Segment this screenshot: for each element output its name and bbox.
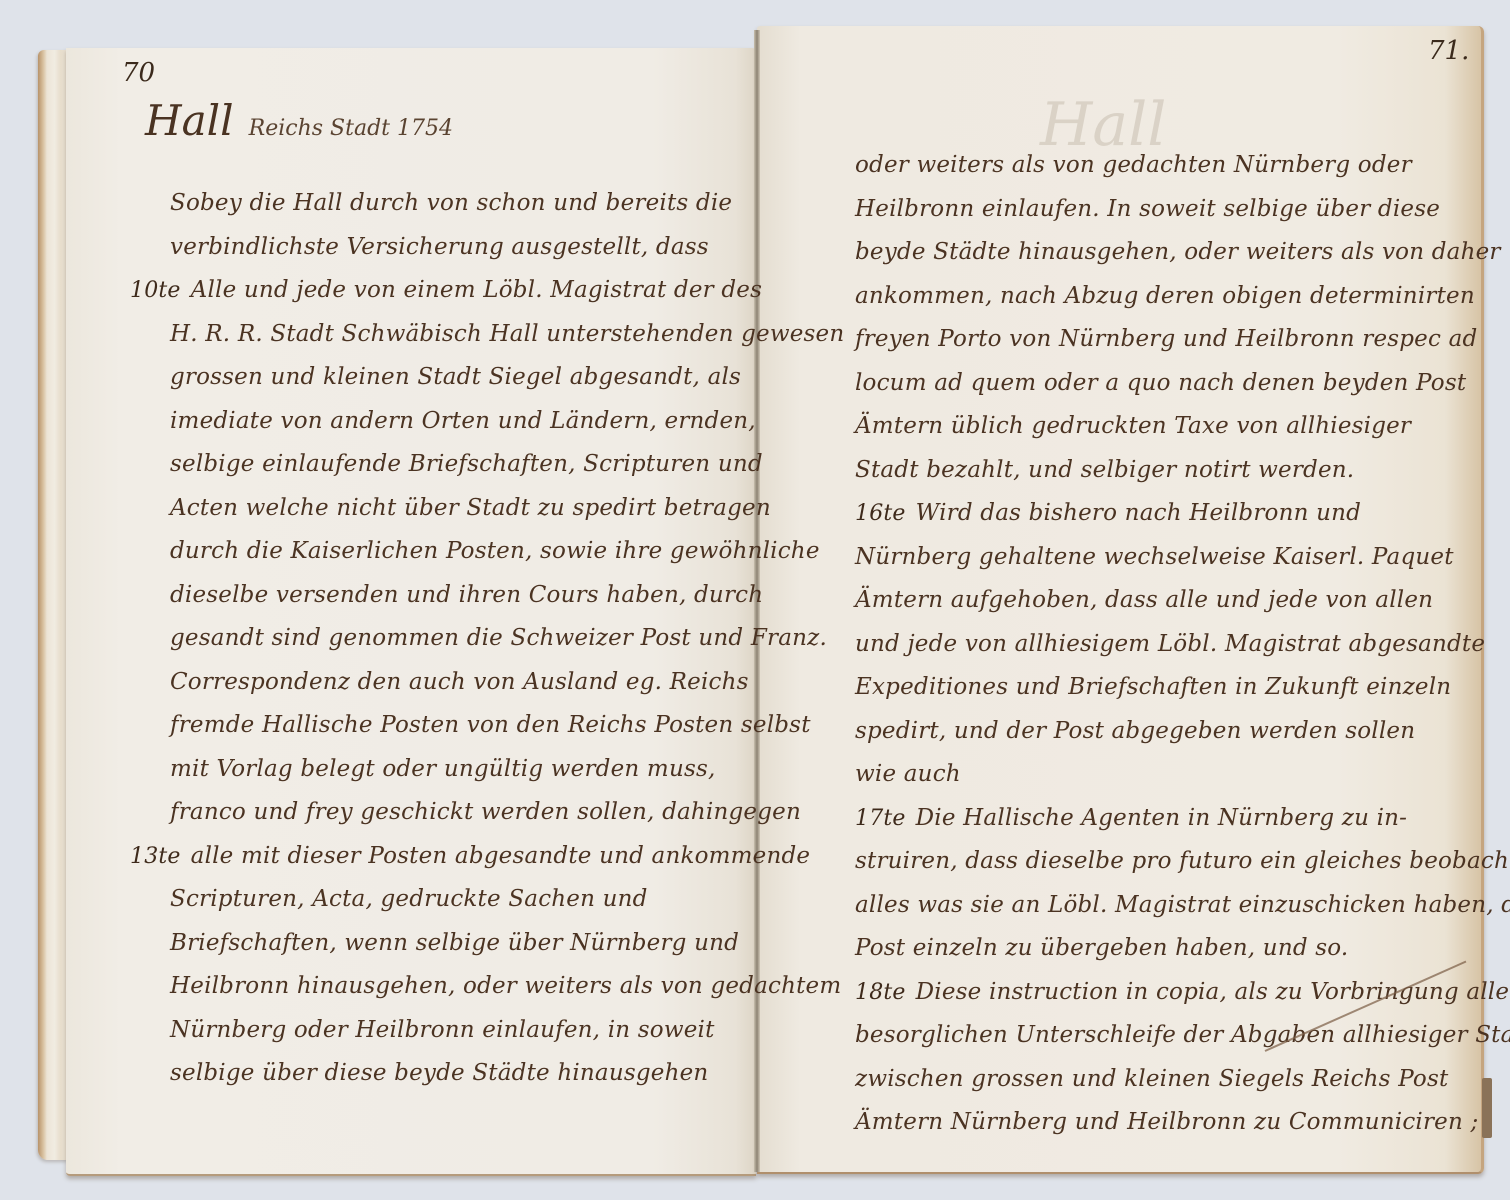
manuscript-line: mit Vorlag belegt oder ungültig werden m… — [170, 756, 715, 782]
manuscript-line: 17teDie Hallische Agenten in Nürnberg zu… — [855, 805, 1407, 831]
line-text: Post einzeln zu übergeben haben, und so. — [855, 935, 1348, 961]
line-text: und jede von allhiesigem Löbl. Magistrat… — [855, 631, 1485, 657]
line-text: Ämtern Nürnberg und Heilbronn zu Communi… — [855, 1109, 1478, 1135]
manuscript-line: alles was sie an Löbl. Magistrat einzusc… — [855, 892, 1510, 918]
line-text: Nürnberg oder Heilbronn einlaufen, in so… — [170, 1017, 715, 1043]
line-text: Ämtern aufgehoben, dass alle und jede vo… — [855, 587, 1433, 613]
manuscript-line: Nürnberg oder Heilbronn einlaufen, in so… — [170, 1017, 715, 1043]
line-text: alle mit dieser Posten abgesandte und an… — [191, 843, 811, 869]
line-text: Ämtern üblich gedruckten Taxe von allhie… — [855, 413, 1411, 439]
line-text: struiren, dass dieselbe pro futuro ein g… — [855, 848, 1510, 874]
manuscript-line: durch die Kaiserlichen Posten, sowie ihr… — [170, 538, 820, 564]
line-text: dieselbe versenden und ihren Cours haben… — [170, 582, 763, 608]
manuscript-line: beyde Städte hinausgehen, oder weiters a… — [855, 239, 1501, 265]
line-text: locum ad quem oder a quo nach denen beyd… — [855, 370, 1466, 396]
line-text: zwischen grossen und kleinen Siegels Rei… — [855, 1066, 1448, 1092]
manuscript-line: 16teWird das bishero nach Heilbronn und — [855, 500, 1361, 526]
line-text: wie auch — [855, 761, 961, 787]
manuscript-line: selbige über diese beyde Städte hinausge… — [170, 1060, 708, 1086]
manuscript-line: zwischen grossen und kleinen Siegels Rei… — [855, 1066, 1448, 1092]
manuscript-line: Heilbronn hinausgehen, oder weiters als … — [170, 973, 841, 999]
manuscript-line: selbige einlaufende Briefschaften, Scrip… — [170, 451, 763, 477]
line-text: beyde Städte hinausgehen, oder weiters a… — [855, 239, 1501, 265]
paragraph-number: 13te — [130, 844, 181, 869]
manuscript-line: und jede von allhiesigem Löbl. Magistrat… — [855, 631, 1485, 657]
manuscript-line: Stadt bezahlt, und selbiger notirt werde… — [855, 457, 1354, 483]
manuscript-line: Post einzeln zu übergeben haben, und so. — [855, 935, 1348, 961]
line-text: Stadt bezahlt, und selbiger notirt werde… — [855, 457, 1354, 483]
line-text: Briefschaften, wenn selbige über Nürnber… — [170, 930, 739, 956]
manuscript-line: Heilbronn einlaufen. In soweit selbige ü… — [855, 196, 1440, 222]
line-text: freyen Porto von Nürnberg und Heilbronn … — [855, 326, 1477, 352]
manuscript-line: ankommen, nach Abzug deren obigen determ… — [855, 283, 1475, 309]
manuscript-line: verbindlichste Versicherung ausgestellt,… — [170, 234, 709, 260]
manuscript-line: 13tealle mit dieser Posten abgesandte un… — [130, 843, 810, 869]
left-page — [66, 48, 756, 1176]
line-text: spedirt, und der Post abgegeben werden s… — [855, 718, 1415, 744]
line-text: Sobey die Hall durch von schon und berei… — [170, 190, 732, 216]
manuscript-line: 18teDiese instruction in copia, als zu V… — [855, 979, 1510, 1005]
line-text: Expeditiones und Briefschaften in Zukunf… — [855, 674, 1451, 700]
line-text: Heilbronn hinausgehen, oder weiters als … — [170, 973, 841, 999]
bleed-through-text: Hall — [1040, 90, 1166, 160]
manuscript-line: grossen und kleinen Stadt Siegel abgesan… — [170, 364, 741, 390]
paragraph-number: 18te — [855, 980, 906, 1005]
line-text: verbindlichste Versicherung ausgestellt,… — [170, 234, 709, 260]
page-tab-marker — [1482, 1078, 1492, 1138]
manuscript-line: 10teAlle und jede von einem Löbl. Magist… — [130, 277, 762, 303]
manuscript-line: fremde Hallische Posten von den Reichs P… — [170, 712, 811, 738]
manuscript-line: Ämtern üblich gedruckten Taxe von allhie… — [855, 413, 1411, 439]
manuscript-line: imediate von andern Orten und Ländern, e… — [170, 408, 756, 434]
line-text: Acten welche nicht über Stadt zu spedirt… — [170, 495, 771, 521]
paragraph-number: 16te — [855, 501, 906, 526]
manuscript-line: Ämtern Nürnberg und Heilbronn zu Communi… — [855, 1109, 1478, 1135]
manuscript-line: Briefschaften, wenn selbige über Nürnber… — [170, 930, 739, 956]
page-number-right: 71. — [1428, 36, 1469, 66]
line-text: Scripturen, Acta, gedruckte Sachen und — [170, 886, 648, 912]
manuscript-line: freyen Porto von Nürnberg und Heilbronn … — [855, 326, 1477, 352]
line-text: Nürnberg gehaltene wechselweise Kaiserl.… — [855, 544, 1454, 570]
manuscript-line: spedirt, und der Post abgegeben werden s… — [855, 718, 1415, 744]
line-text: mit Vorlag belegt oder ungültig werden m… — [170, 756, 715, 782]
line-text: besorglichen Unterschleife der Abgaben a… — [855, 1022, 1510, 1048]
manuscript-line: Nürnberg gehaltene wechselweise Kaiserl.… — [855, 544, 1454, 570]
line-text: oder weiters als von gedachten Nürnberg … — [855, 152, 1412, 178]
manuscript-line: oder weiters als von gedachten Nürnberg … — [855, 152, 1412, 178]
line-text: Die Hallische Agenten in Nürnberg zu in- — [916, 805, 1407, 831]
manuscript-line: Ämtern aufgehoben, dass alle und jede vo… — [855, 587, 1433, 613]
line-text: selbige über diese beyde Städte hinausge… — [170, 1060, 708, 1086]
line-text: Wird das bishero nach Heilbronn und — [916, 500, 1361, 526]
line-text: franco und frey geschickt werden sollen,… — [170, 799, 801, 825]
line-text: Correspondenz den auch von Ausland eg. R… — [170, 669, 749, 695]
line-text: alles was sie an Löbl. Magistrat einzusc… — [855, 892, 1510, 918]
paragraph-number: 17te — [855, 806, 906, 831]
line-text: durch die Kaiserlichen Posten, sowie ihr… — [170, 538, 820, 564]
line-text: H. R. R. Stadt Schwäbisch Hall untersteh… — [170, 321, 844, 347]
manuscript-line: locum ad quem oder a quo nach denen beyd… — [855, 370, 1466, 396]
line-text: selbige einlaufende Briefschaften, Scrip… — [170, 451, 763, 477]
page-stack-edge — [38, 50, 68, 1160]
manuscript-line: dieselbe versenden und ihren Cours haben… — [170, 582, 763, 608]
manuscript-line: H. R. R. Stadt Schwäbisch Hall untersteh… — [170, 321, 844, 347]
paragraph-number: 10te — [130, 278, 181, 303]
manuscript-line: gesandt sind genommen die Schweizer Post… — [170, 625, 827, 651]
heading-title: Hall — [145, 96, 234, 145]
line-text: gesandt sind genommen die Schweizer Post… — [170, 625, 827, 651]
manuscript-line: besorglichen Unterschleife der Abgaben a… — [855, 1022, 1510, 1048]
manuscript-line: Correspondenz den auch von Ausland eg. R… — [170, 669, 749, 695]
line-text: grossen und kleinen Stadt Siegel abgesan… — [170, 364, 741, 390]
line-text: fremde Hallische Posten von den Reichs P… — [170, 712, 811, 738]
line-text: imediate von andern Orten und Ländern, e… — [170, 408, 756, 434]
heading-subtitle: Reichs Stadt 1754 — [249, 116, 453, 141]
manuscript-line: struiren, dass dieselbe pro futuro ein g… — [855, 848, 1510, 874]
manuscript-line: Acten welche nicht über Stadt zu spedirt… — [170, 495, 771, 521]
manuscript-line: franco und frey geschickt werden sollen,… — [170, 799, 801, 825]
line-text: Alle und jede von einem Löbl. Magistrat … — [191, 277, 762, 303]
manuscript-line: wie auch — [855, 761, 961, 787]
open-manuscript-book: 70 71. Hall Reichs Stadt 1754 Hall Sobey… — [0, 0, 1510, 1200]
line-text: Heilbronn einlaufen. In soweit selbige ü… — [855, 196, 1440, 222]
page-number-left: 70 — [122, 58, 155, 88]
line-text: ankommen, nach Abzug deren obigen determ… — [855, 283, 1475, 309]
manuscript-line: Scripturen, Acta, gedruckte Sachen und — [170, 886, 648, 912]
manuscript-line: Expeditiones und Briefschaften in Zukunf… — [855, 674, 1451, 700]
page-heading: Hall Reichs Stadt 1754 — [145, 96, 453, 145]
manuscript-line: Sobey die Hall durch von schon und berei… — [170, 190, 732, 216]
